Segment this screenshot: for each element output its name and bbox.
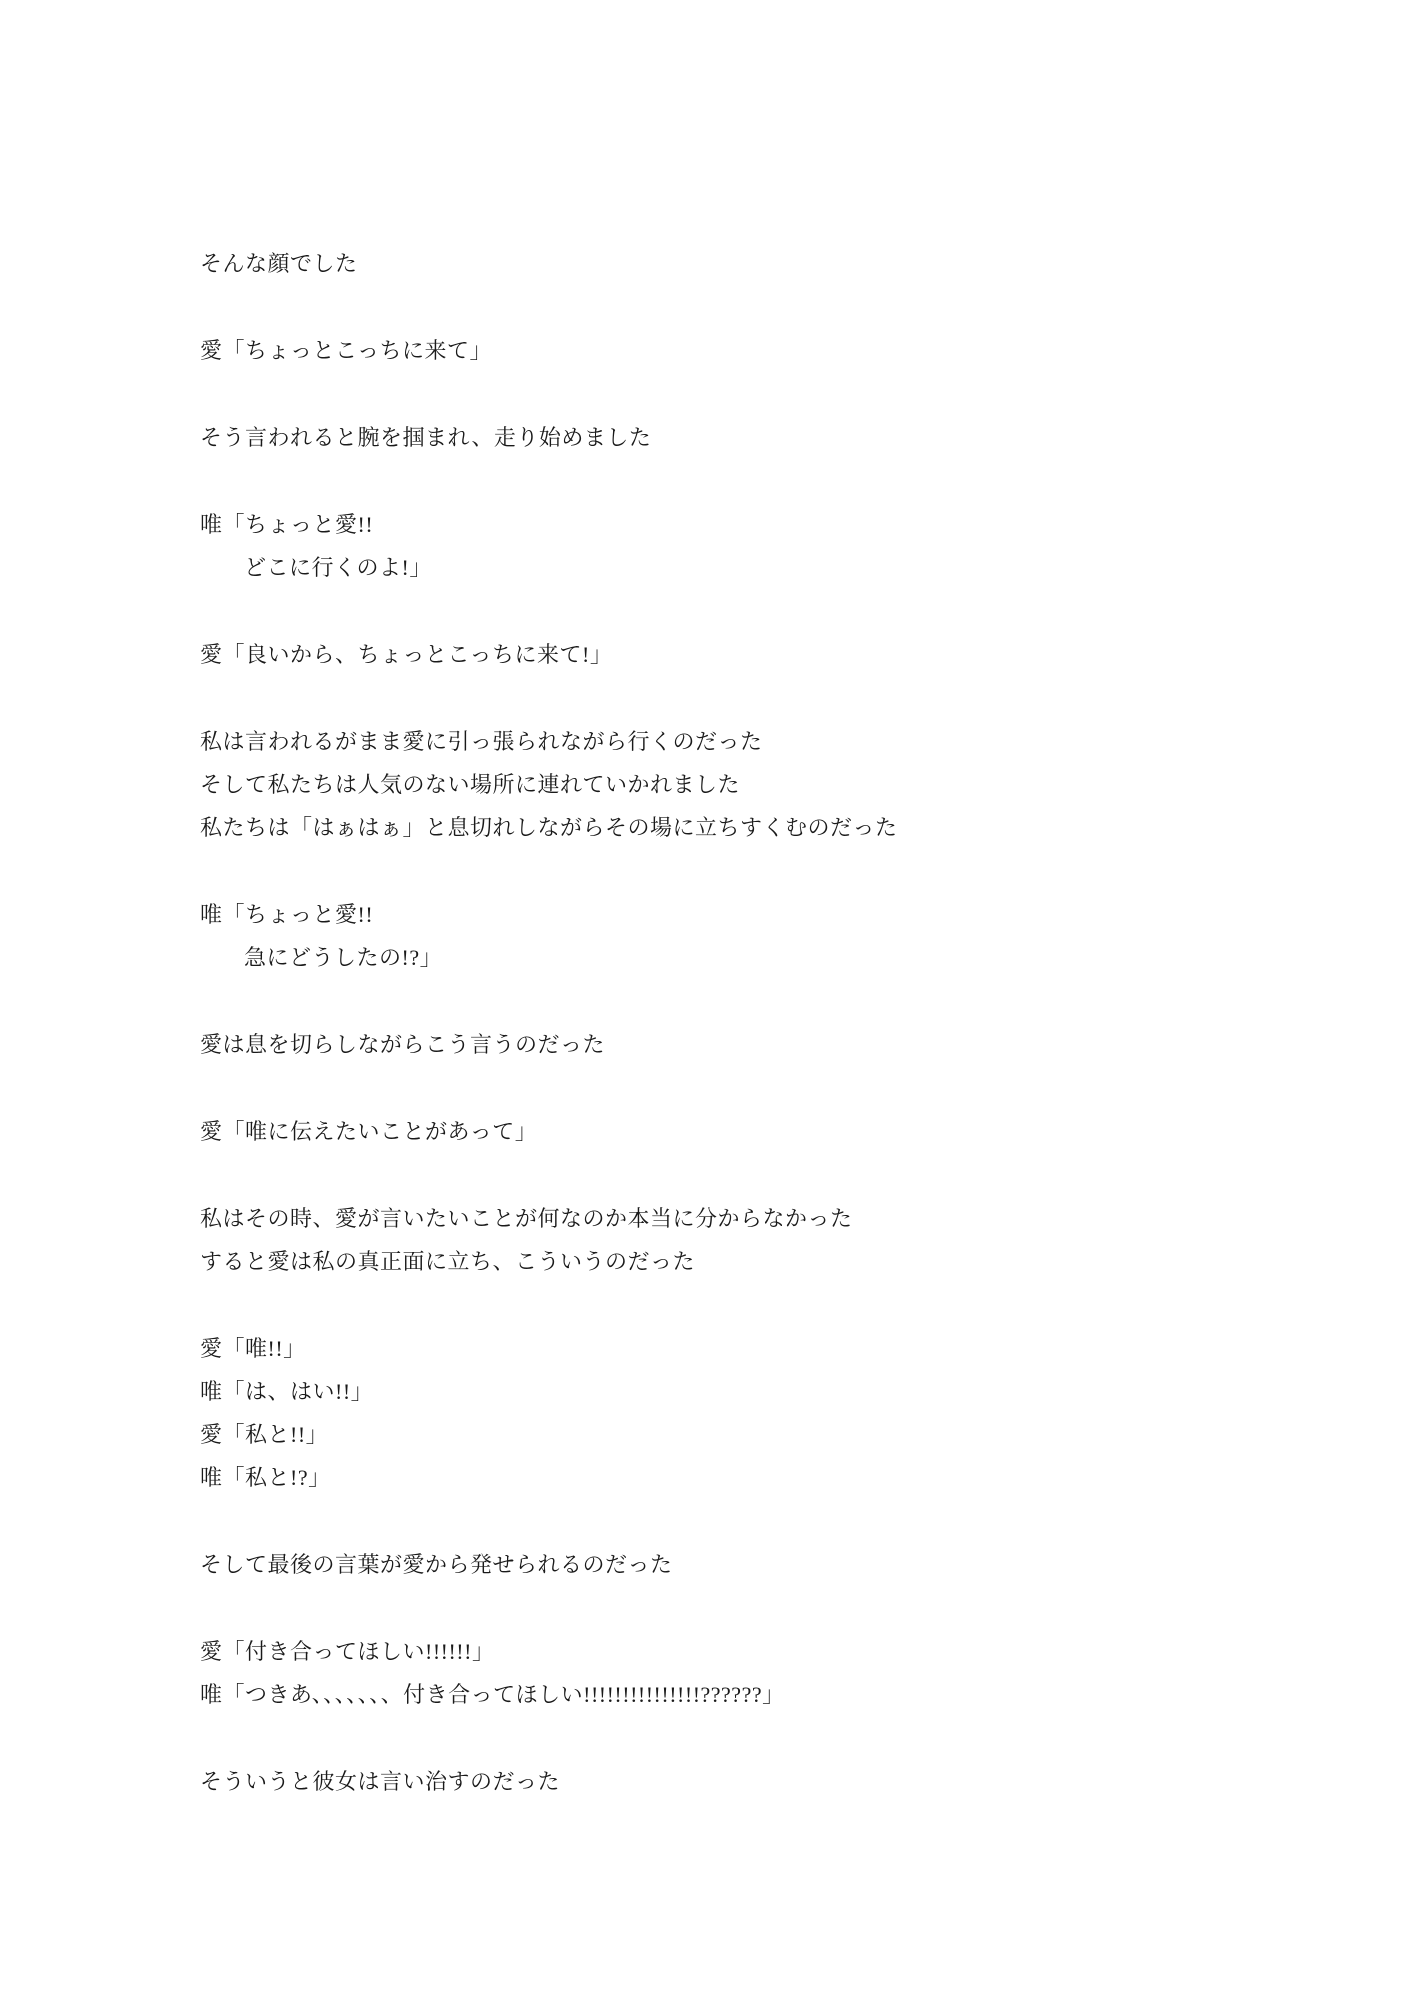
paragraph-block: 唯「ちょっと愛!!どこに行くのよ!」 bbox=[200, 503, 1294, 589]
text-line: 唯「ちょっと愛!! bbox=[200, 503, 1294, 546]
paragraph-block: 愛「付き合ってほしい!!!!!!」唯「つきあ、、、、、、、付き合ってほしい!!!… bbox=[200, 1630, 1294, 1716]
text-line: 愛は息を切らしながらこう言うのだった bbox=[200, 1023, 1294, 1066]
text-line: 唯「私と!?」 bbox=[200, 1456, 1294, 1499]
paragraph-block: そんな顔でした bbox=[200, 242, 1294, 285]
paragraph-block: 愛「ちょっとこっちに来て」 bbox=[200, 329, 1294, 372]
paragraph-block: 私はその時、愛が言いたいことが何なのか本当に分からなかったすると愛は私の真正面に… bbox=[200, 1197, 1294, 1283]
story-text: そんな顔でした愛「ちょっとこっちに来て」そう言われると腕を掴まれ、走り始めました… bbox=[200, 242, 1294, 1803]
paragraph-block: 私は言われるがまま愛に引っ張られながら行くのだったそして私たちは人気のない場所に… bbox=[200, 720, 1294, 849]
text-line: 唯「ちょっと愛!! bbox=[200, 893, 1294, 936]
text-line: そういうと彼女は言い治すのだった bbox=[200, 1760, 1294, 1803]
text-line: 愛「私と!!」 bbox=[200, 1413, 1294, 1456]
paragraph-block: 愛「唯!!」唯「は、はい!!」愛「私と!!」唯「私と!?」 bbox=[200, 1327, 1294, 1499]
paragraph-block: そして最後の言葉が愛から発せられるのだった bbox=[200, 1543, 1294, 1586]
text-line: そう言われると腕を掴まれ、走り始めました bbox=[200, 416, 1294, 459]
text-line: 急にどうしたの!?」 bbox=[200, 936, 1294, 979]
text-line: そんな顔でした bbox=[200, 242, 1294, 285]
text-line: そして最後の言葉が愛から発せられるのだった bbox=[200, 1543, 1294, 1586]
text-line: 愛「良いから、ちょっとこっちに来て!」 bbox=[200, 633, 1294, 676]
text-line: 愛「唯に伝えたいことがあって」 bbox=[200, 1110, 1294, 1153]
text-line: すると愛は私の真正面に立ち、こういうのだった bbox=[200, 1240, 1294, 1283]
paragraph-block: 唯「ちょっと愛!!急にどうしたの!?」 bbox=[200, 893, 1294, 979]
text-line: 唯「つきあ、、、、、、、付き合ってほしい!!!!!!!!!!!!!!!?????… bbox=[200, 1673, 1294, 1716]
text-line: 私はその時、愛が言いたいことが何なのか本当に分からなかった bbox=[200, 1197, 1294, 1240]
text-line: そして私たちは人気のない場所に連れていかれました bbox=[200, 763, 1294, 806]
paragraph-block: そう言われると腕を掴まれ、走り始めました bbox=[200, 416, 1294, 459]
paragraph-block: そういうと彼女は言い治すのだった bbox=[200, 1760, 1294, 1803]
text-line: 愛「ちょっとこっちに来て」 bbox=[200, 329, 1294, 372]
text-line: 愛「付き合ってほしい!!!!!!」 bbox=[200, 1630, 1294, 1673]
document-page: そんな顔でした愛「ちょっとこっちに来て」そう言われると腕を掴まれ、走り始めました… bbox=[0, 0, 1414, 2000]
paragraph-block: 愛「唯に伝えたいことがあって」 bbox=[200, 1110, 1294, 1153]
text-line: 私たちは「はぁはぁ」と息切れしながらその場に立ちすくむのだった bbox=[200, 806, 1294, 849]
text-line: 唯「は、はい!!」 bbox=[200, 1370, 1294, 1413]
paragraph-block: 愛「良いから、ちょっとこっちに来て!」 bbox=[200, 633, 1294, 676]
text-line: 私は言われるがまま愛に引っ張られながら行くのだった bbox=[200, 720, 1294, 763]
text-line: どこに行くのよ!」 bbox=[200, 546, 1294, 589]
text-line: 愛「唯!!」 bbox=[200, 1327, 1294, 1370]
paragraph-block: 愛は息を切らしながらこう言うのだった bbox=[200, 1023, 1294, 1066]
